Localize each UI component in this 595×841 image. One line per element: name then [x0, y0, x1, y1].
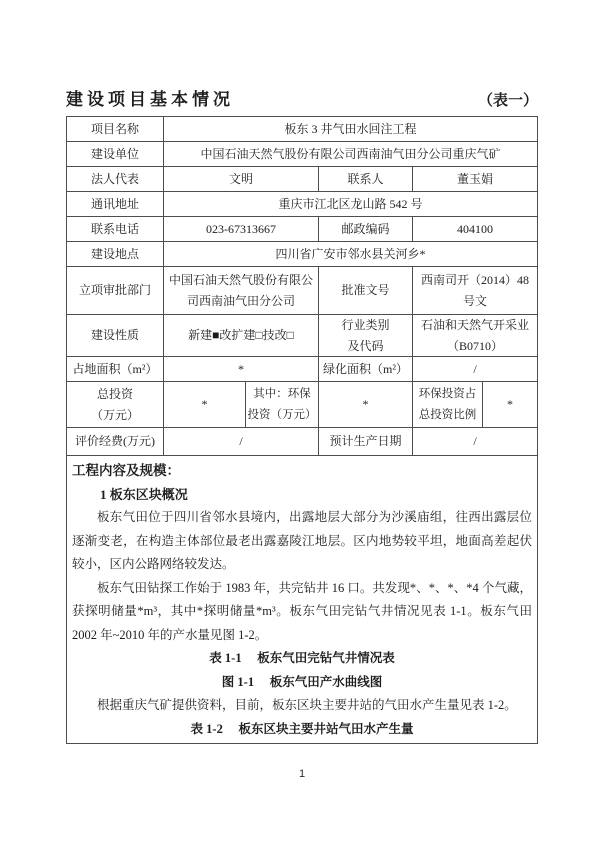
address-label: 通讯地址 [67, 192, 164, 217]
env-ratio-label: 环保投资占 总投资比例 [413, 382, 483, 428]
green-area-value: / [413, 357, 538, 382]
eval-fee-label: 评价经费(万元) [67, 428, 164, 456]
project-info-table: 项目名称 板东 3 井气田水回注工程 建设单位 中国石油天然气股份有限公司西南油… [66, 116, 538, 744]
legal-rep-label: 法人代表 [67, 167, 164, 192]
build-unit-label: 建设单位 [67, 142, 164, 167]
location-value: 四川省广安市邻水县关河乡* [164, 242, 538, 267]
contact-value: 董玉娟 [413, 167, 538, 192]
production-date-value: / [413, 428, 538, 456]
address-value: 重庆市江北区龙山路 542 号 [164, 192, 538, 217]
green-area-label: 绿化面积（m²） [319, 357, 413, 382]
document-header: 建设项目基本情况 （表一） [66, 85, 538, 110]
land-area-value: * [164, 357, 319, 382]
postcode-label: 邮政编码 [319, 217, 413, 242]
project-content-section: 工程内容及规模： 1 板东区块概况 板东气田位于四川省邻水县境内，出露地层大部分… [67, 456, 538, 744]
section-subheading: 1 板东区块概况 [72, 483, 532, 507]
nature-label: 建设性质 [67, 315, 164, 357]
paragraph-block-overview: 板东气田位于四川省邻水县境内，出露地层大部分为沙溪庙组，往西出露层位逐渐变老，在… [72, 506, 532, 577]
legal-rep-value: 文明 [164, 167, 319, 192]
production-date-label: 预计生产日期 [319, 428, 413, 456]
build-unit-value: 中国石油天然气股份有限公司西南油气田分公司重庆气矿 [164, 142, 538, 167]
industry-value: 石油和天然气开采业 （B0710） [413, 315, 538, 357]
eval-fee-value: / [164, 428, 319, 456]
page-title: 建设项目基本情况 [66, 85, 234, 110]
contact-label: 联系人 [319, 167, 413, 192]
land-area-label: 占地面积（m²） [67, 357, 164, 382]
postcode-value: 404100 [413, 217, 538, 242]
form-number-label: （表一） [478, 89, 538, 110]
nature-checkboxes: 新建■改扩建□技改□ [164, 315, 319, 357]
paragraph-water-output: 根据重庆气矿提供资料，目前，板东区块主要井站的气田水产生量见表 1-2。 [72, 694, 532, 718]
caption-figure-1-1: 图 1-1 板东气田产水曲线图 [72, 671, 532, 695]
industry-label: 行业类别 及代码 [319, 315, 413, 357]
project-name-value: 板东 3 井气田水回注工程 [164, 117, 538, 142]
paragraph-drilling-history: 板东气田钻探工作始于 1983 年，共完钻井 16 口。共发现*、*、*、*4 … [72, 577, 532, 648]
env-invest-label: 其中：环保 投资（万元） [246, 382, 319, 428]
section-heading: 工程内容及规模： [72, 459, 532, 483]
env-ratio-value: * [483, 382, 538, 428]
total-invest-value: * [164, 382, 246, 428]
env-invest-value: * [319, 382, 413, 428]
project-name-label: 项目名称 [67, 117, 164, 142]
caption-table-1-1: 表 1-1 板东气田完钻气井情况表 [72, 647, 532, 671]
phone-value: 023-67313667 [164, 217, 319, 242]
phone-label: 联系电话 [67, 217, 164, 242]
approval-doc-label: 批准文号 [319, 267, 413, 315]
approval-dept-label: 立项审批部门 [67, 267, 164, 315]
total-invest-label: 总投资 （万元） [67, 382, 164, 428]
approval-doc-value: 西南司开（2014）48 号文 [413, 267, 538, 315]
approval-dept-value: 中国石油天然气股份有限公 司西南油气田分公司 [164, 267, 319, 315]
location-label: 建设地点 [67, 242, 164, 267]
page-number: 1 [66, 768, 538, 780]
caption-table-1-2: 表 1-2 板东区块主要井站气田水产生量 [72, 718, 532, 742]
document-page: 建设项目基本情况 （表一） 项目名称 板东 3 井气田水回注工程 建设单位 中国… [0, 0, 595, 841]
